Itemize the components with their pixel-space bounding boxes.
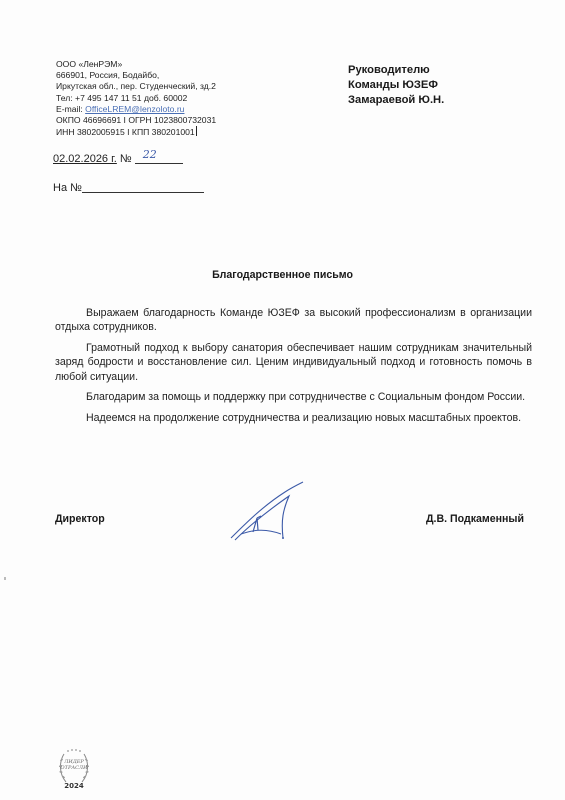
document-number-field: 22 xyxy=(135,151,183,164)
letter-page: ООО «ЛенРЭМ» 666901, Россия, Бодайбо, Ир… xyxy=(0,0,565,800)
sender-email-link[interactable]: OfficeLREM@lenzoloto.ru xyxy=(85,104,184,114)
letter-paragraph: Благодарим за помощь и поддержку при сот… xyxy=(55,390,532,404)
scan-artifact xyxy=(4,577,6,580)
emblem-year: 2024 xyxy=(54,782,94,790)
number-label: № xyxy=(117,153,132,165)
industry-leader-emblem: Лидер отрасли 2024 xyxy=(54,742,94,792)
sender-address-line2: Иркутская обл., пер. Студенческий, зд.2 xyxy=(56,81,216,92)
letter-paragraph: Выражаем благодарность Команде ЮЗЕФ за в… xyxy=(55,306,532,335)
signature-block: Директор Д.В. Подкаменный xyxy=(0,470,565,550)
sender-codes-line1: ОКПО 46696691 I ОГРН 1023800732031 xyxy=(56,115,216,126)
reference-row: На № xyxy=(53,180,204,195)
addressee-line3: Замараевой Ю.Н. xyxy=(348,93,444,108)
sender-email-row: E-mail: OfficeLREM@lenzoloto.ru xyxy=(56,104,216,115)
reference-label: На № xyxy=(53,182,82,194)
emblem-text: Лидер отрасли xyxy=(54,759,94,771)
letter-paragraph: Надеемся на продолжение сотрудничества и… xyxy=(55,411,532,425)
date-number-row: 02.02.2026 г. №22 xyxy=(53,151,183,166)
emblem-text-line2: отрасли xyxy=(54,765,94,771)
document-number-handwritten: 22 xyxy=(143,148,157,162)
sender-company: ООО «ЛенРЭМ» xyxy=(56,59,216,70)
addressee-line1: Руководителю xyxy=(348,63,444,78)
addressee-line2: Команды ЮЗЕФ xyxy=(348,78,444,93)
sender-codes-line2-row: ИНН 3802005915 I КПП 380201001 xyxy=(56,126,216,138)
letter-body: Выражаем благодарность Команде ЮЗЕФ за в… xyxy=(55,306,532,432)
signer-name: Д.В. Подкаменный xyxy=(426,513,524,525)
addressee-block: Руководителю Команды ЮЗЕФ Замараевой Ю.Н… xyxy=(348,63,444,107)
document-date: 02.02.2026 г. xyxy=(53,153,117,165)
reference-number-field xyxy=(82,180,204,193)
text-cursor xyxy=(196,126,197,136)
sender-codes-line2: ИНН 3802005915 I КПП 380201001 xyxy=(56,127,195,137)
letter-title: Благодарственное письмо xyxy=(0,269,565,281)
letter-paragraph: Грамотный подход к выбору санатория обес… xyxy=(55,341,532,384)
sender-email-label: E-mail: xyxy=(56,104,85,114)
handwritten-signature-icon xyxy=(225,480,305,542)
sender-address-line1: 666901, Россия, Бодайбо, xyxy=(56,70,216,81)
signer-position: Директор xyxy=(55,513,105,525)
sender-block: ООО «ЛенРЭМ» 666901, Россия, Бодайбо, Ир… xyxy=(56,59,216,138)
sender-phone: Тел: +7 495 147 11 51 доб. 60002 xyxy=(56,93,216,104)
